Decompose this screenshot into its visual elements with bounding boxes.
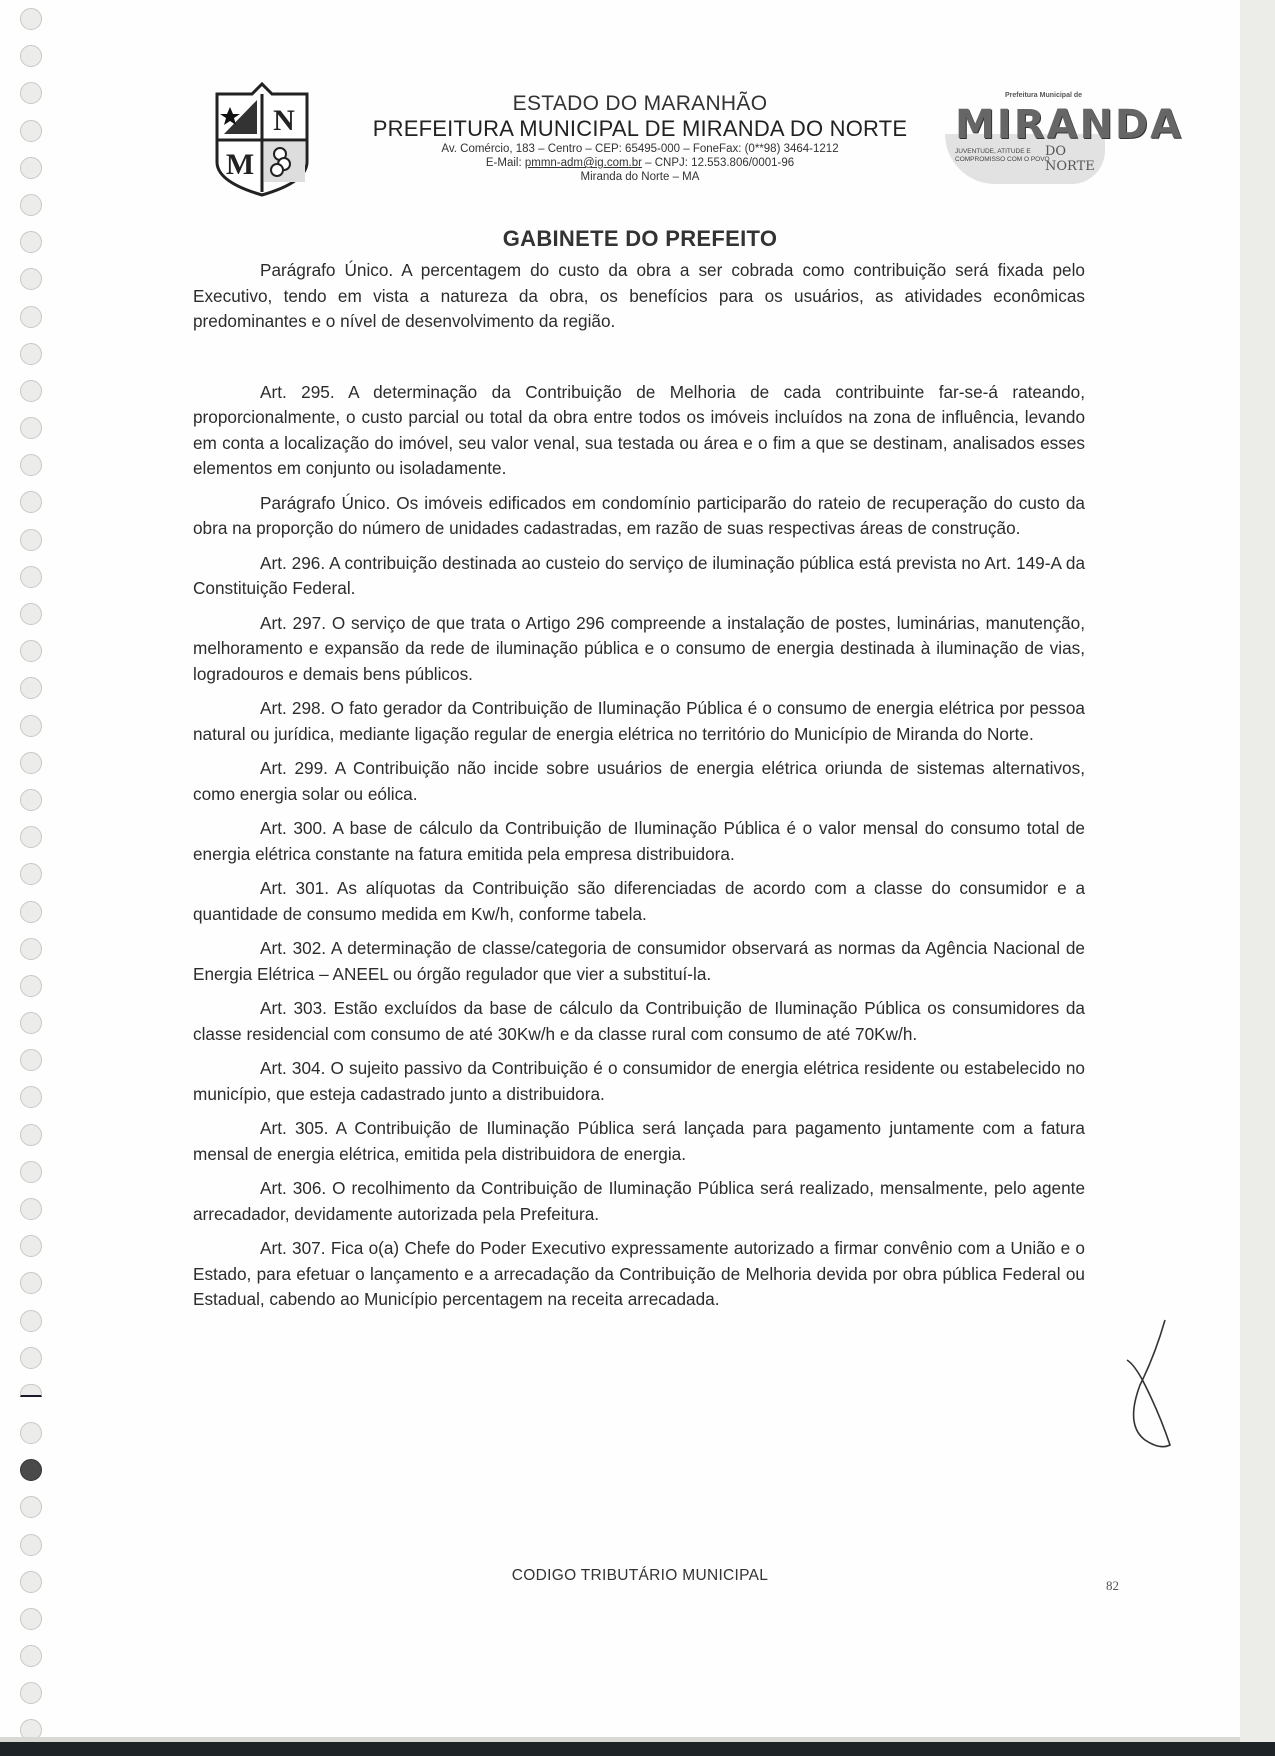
paragraph: Art. 303. Estão excluídos da base de cál… [193, 996, 1085, 1047]
miranda-logo: Prefeitura Municipal de MIRANDA JUVENTUD… [945, 84, 1110, 184]
letterhead: ESTADO DO MARANHÃO PREFEITURA MUNICIPAL … [330, 92, 950, 184]
binder-holes [20, 8, 44, 1756]
section-title: GABINETE DO PREFEITO [180, 226, 1100, 252]
scanner-bottom-bar [0, 1742, 1275, 1756]
paragraph: Art. 305. A Contribuição de Iluminação P… [193, 1116, 1085, 1167]
paragraph: Art. 299. A Contribuição não incide sobr… [193, 756, 1085, 807]
handwritten-initial-icon [1125, 1315, 1185, 1455]
scanned-page: N M ESTADO DO MARANHÃO PREFEITURA MUNICI… [0, 0, 1240, 1742]
paragraph: Art. 302. A determinação de classe/categ… [193, 936, 1085, 987]
footer-title: CODIGO TRIBUTÁRIO MUNICIPAL [440, 1567, 840, 1585]
scanner-edge [1240, 0, 1275, 1742]
page-number: 82 [1106, 1578, 1119, 1594]
paragraph: Art. 304. O sujeito passivo da Contribui… [193, 1056, 1085, 1107]
paragraph: Art. 297. O serviço de que trata o Artig… [193, 611, 1085, 688]
prefeitura-name: PREFEITURA MUNICIPAL DE MIRANDA DO NORTE [330, 116, 950, 142]
state-name: ESTADO DO MARANHÃO [330, 92, 950, 116]
city: Miranda do Norte – MA [330, 170, 950, 184]
paragraph: Art. 301. As alíquotas da Contribuição s… [193, 876, 1085, 927]
paragraph: Art. 296. A contribuição destinada ao cu… [193, 551, 1085, 602]
document-body: Parágrafo Único. A percentagem do custo … [193, 258, 1085, 1313]
paragraph: Art. 298. O fato gerador da Contribuição… [193, 696, 1085, 747]
paragraph: Parágrafo Único. Os imóveis edificados e… [193, 491, 1085, 542]
paragraph: Art. 307. Fica o(a) Chefe do Poder Execu… [193, 1236, 1085, 1313]
paragraph: Art. 306. O recolhimento da Contribuição… [193, 1176, 1085, 1227]
svg-text:N: N [273, 104, 295, 137]
paragraph: Art. 295. A determinação da Contribuição… [193, 380, 1085, 482]
address: Av. Comércio, 183 – Centro – CEP: 65495-… [330, 142, 950, 156]
paragraph: Art. 300. A base de cálculo da Contribui… [193, 816, 1085, 867]
contact-line: E-Mail: pmmn-adm@ig.com.br – CNPJ: 12.55… [330, 156, 950, 170]
paragraph: Parágrafo Único. A percentagem do custo … [193, 258, 1085, 335]
municipal-crest-icon: N M [212, 82, 312, 197]
email-link[interactable]: pmmn-adm@ig.com.br [525, 157, 642, 169]
svg-text:M: M [226, 148, 254, 181]
